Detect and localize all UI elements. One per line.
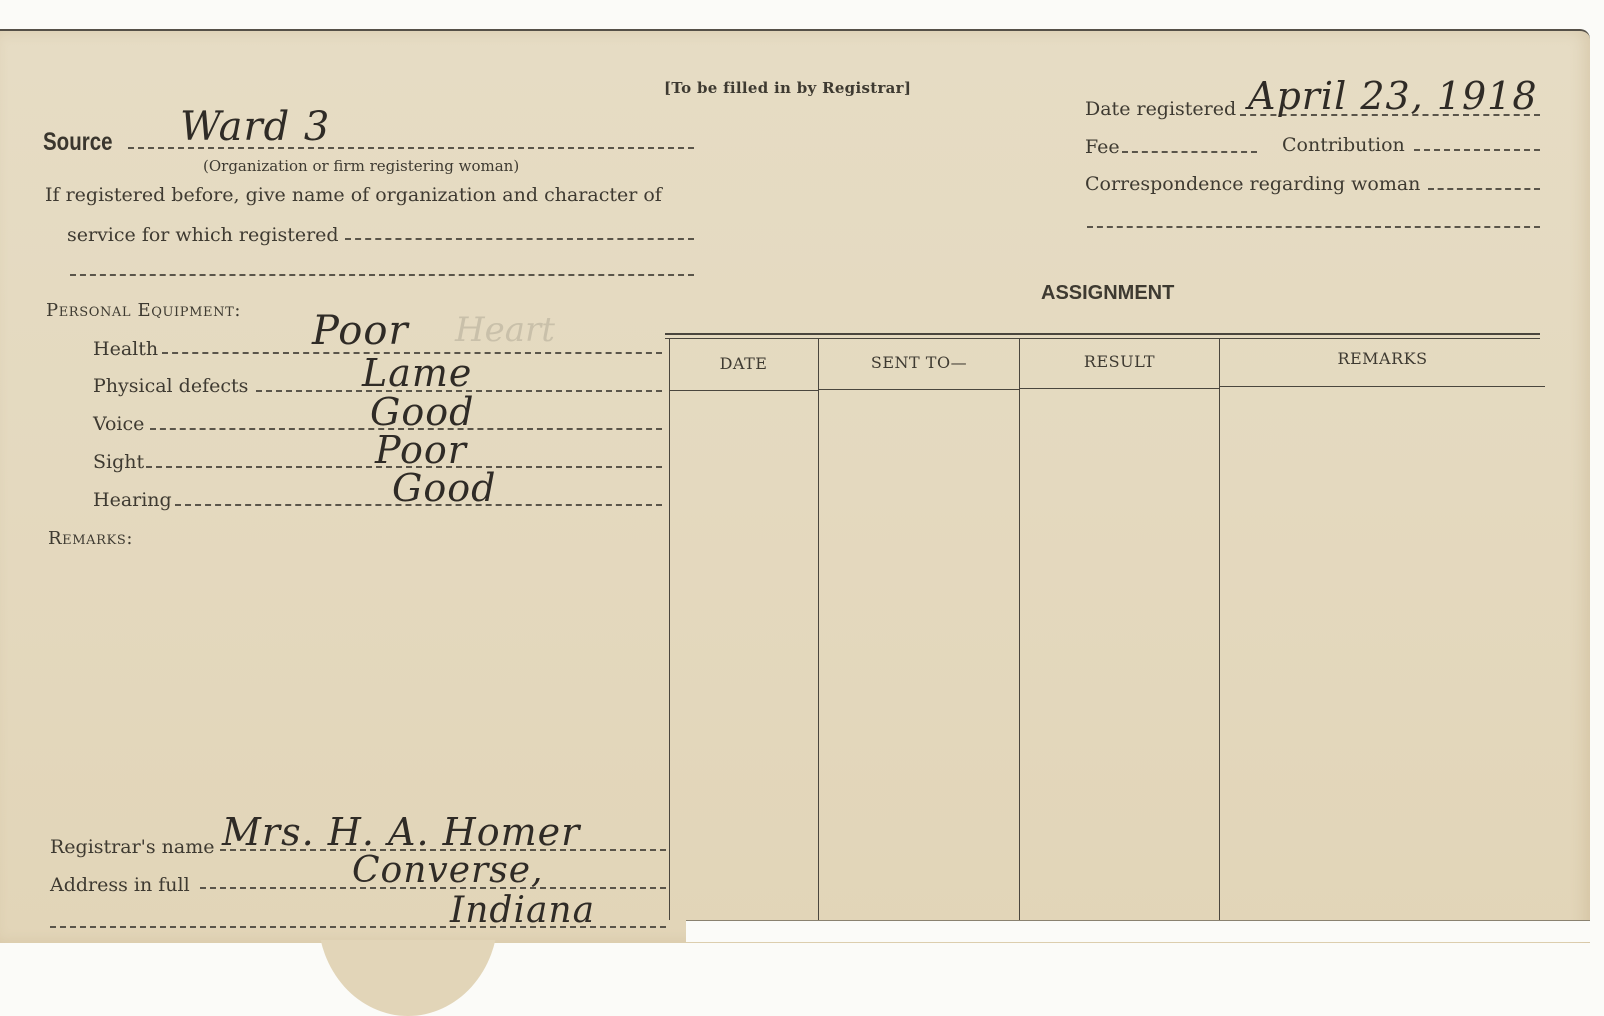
date-registered-value[interactable]: April 23, 1918 xyxy=(1248,74,1538,118)
assignment-result-cell[interactable] xyxy=(1021,390,1218,918)
column-header-remarks: REMARKS xyxy=(1220,349,1545,368)
contribution-label: Contribution xyxy=(1282,134,1405,156)
correspondence-field-2[interactable] xyxy=(1087,226,1540,228)
registrar-value[interactable]: Mrs. H. A. Homer xyxy=(222,810,580,854)
address-label: Address in full xyxy=(50,874,190,896)
assignment-title: ASSIGNMENT xyxy=(1041,282,1174,305)
col-divider xyxy=(1219,339,1220,920)
date-registered-label: Date registered xyxy=(1085,98,1236,120)
remarks-field[interactable] xyxy=(48,560,658,810)
assignment-sent-to-cell[interactable] xyxy=(820,391,1018,918)
faint-pencil-note: Heart xyxy=(455,310,555,350)
hearing-label: Hearing xyxy=(93,489,172,511)
col-divider xyxy=(1019,339,1020,920)
header-underline xyxy=(819,389,1019,390)
remarks-label: Remarks: xyxy=(48,528,133,549)
registered-before-line1: If registered before, give name of organ… xyxy=(45,184,662,206)
column-header-result: RESULT xyxy=(1020,352,1219,371)
physical-defects-label: Physical defects xyxy=(93,375,248,397)
card-bottom-edge xyxy=(686,920,1590,942)
column-header-sent-to: SENT TO— xyxy=(819,353,1019,372)
source-value[interactable]: Ward 3 xyxy=(180,104,330,150)
registered-before-field-2[interactable] xyxy=(70,274,694,276)
address-value-line2[interactable]: Indiana xyxy=(450,890,595,931)
column-header-date: DATE xyxy=(669,354,818,373)
physical-defects-value[interactable]: Lame xyxy=(362,351,472,395)
header-underline xyxy=(669,390,818,391)
registered-before-line2: service for which registered xyxy=(67,224,339,246)
col-divider xyxy=(818,339,819,920)
address-value-line1[interactable]: Converse, xyxy=(352,850,543,891)
sight-label: Sight xyxy=(93,451,144,473)
correspondence-field[interactable] xyxy=(1428,188,1540,190)
fee-label: Fee xyxy=(1085,136,1120,158)
personal-equipment-heading: Personal Equipment: xyxy=(46,300,241,321)
assignment-top-rule xyxy=(665,333,1540,335)
correspondence-label: Correspondence regarding woman xyxy=(1085,173,1420,195)
registered-before-field[interactable] xyxy=(345,238,694,240)
source-caption: (Organization or firm registering woman) xyxy=(203,157,519,175)
assignment-remarks-cell[interactable] xyxy=(1221,388,1541,918)
header-note: [To be filled in by Registrar] xyxy=(664,79,911,97)
header-underline xyxy=(1020,388,1219,389)
source-label: Source xyxy=(43,128,113,157)
health-value[interactable]: Poor xyxy=(312,308,409,354)
fee-field[interactable] xyxy=(1122,151,1257,153)
voice-label: Voice xyxy=(93,413,144,435)
assignment-date-cell[interactable] xyxy=(670,392,818,918)
header-underline xyxy=(1220,386,1545,387)
health-label: Health xyxy=(93,338,158,360)
registrar-label: Registrar's name xyxy=(50,836,215,858)
contribution-field[interactable] xyxy=(1414,149,1540,151)
hearing-value[interactable]: Good xyxy=(392,466,496,510)
assignment-top-rule-2 xyxy=(665,338,1540,339)
